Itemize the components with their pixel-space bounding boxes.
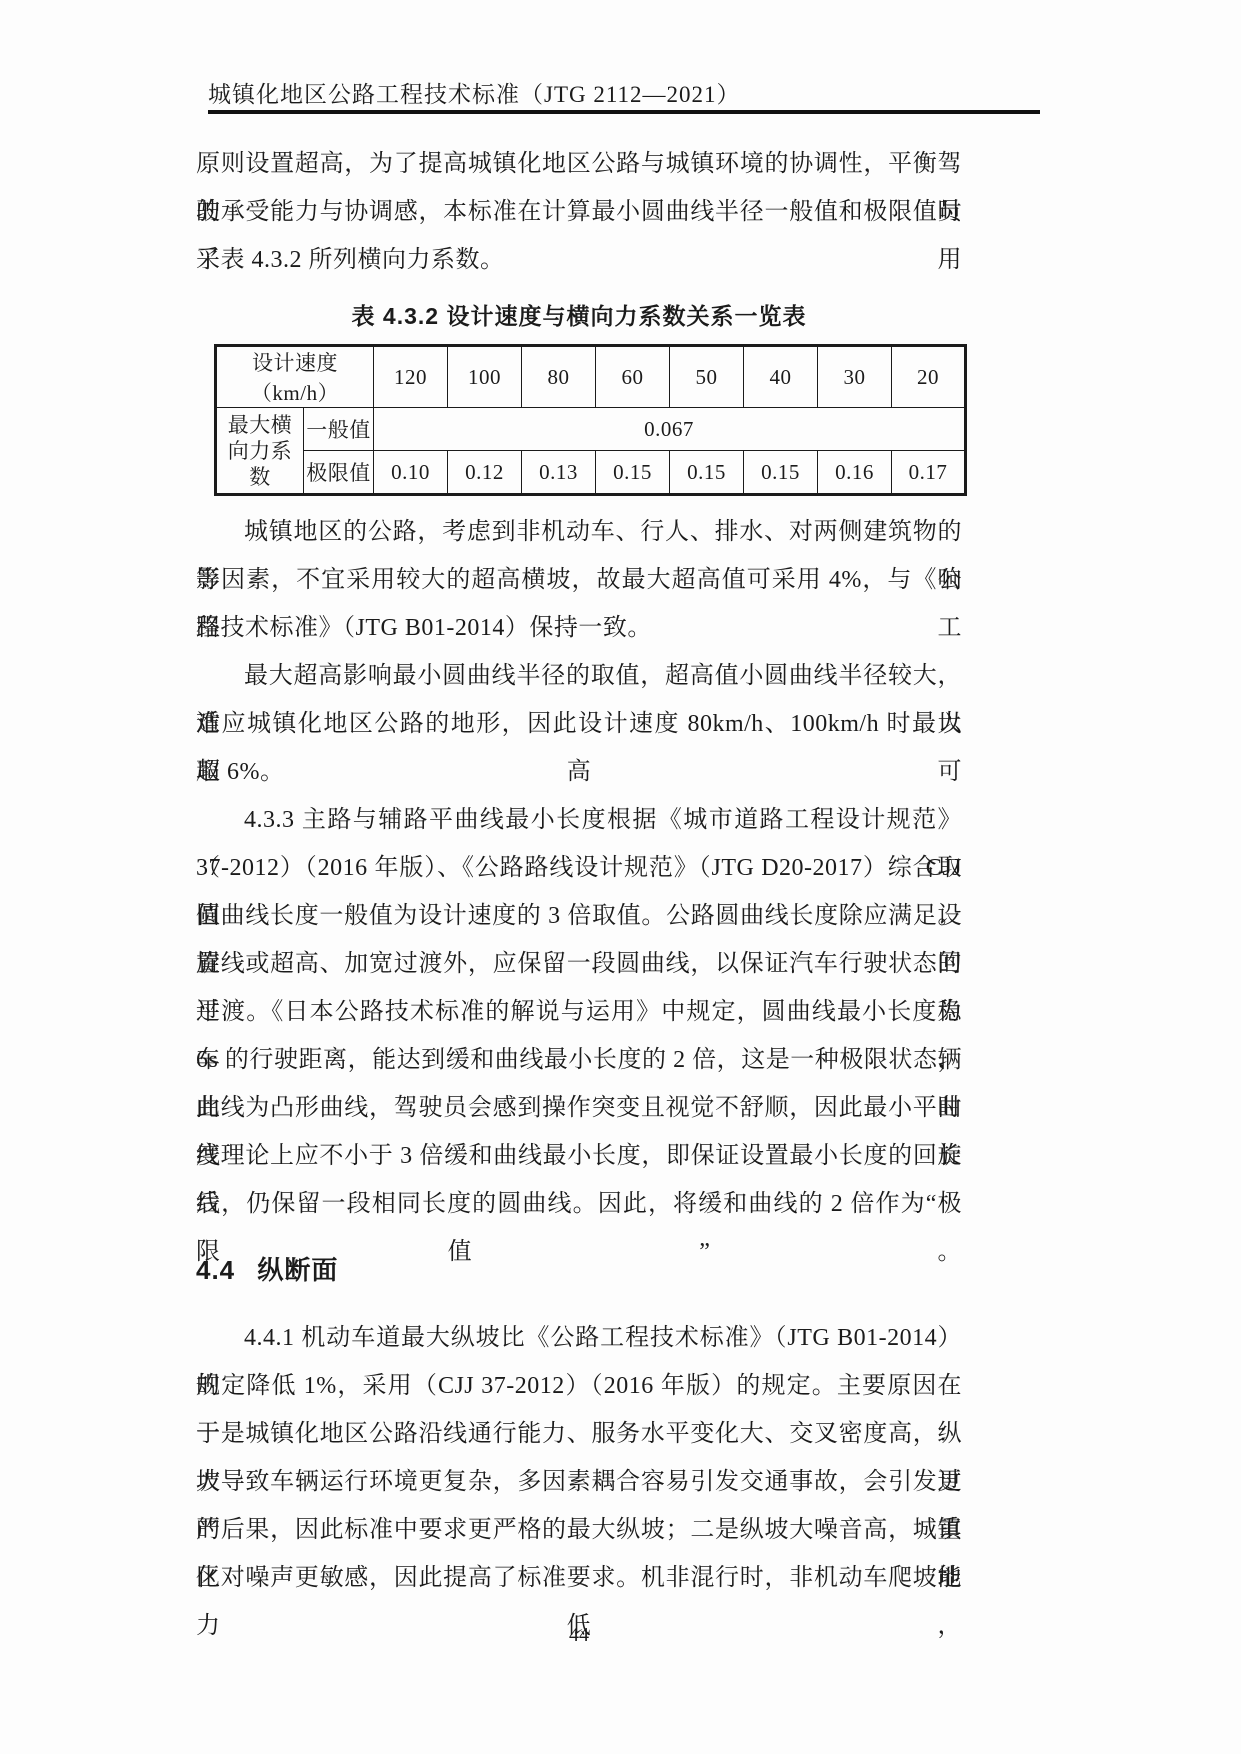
table-cell-speed: 20	[892, 346, 966, 408]
table-cell-row-label: 最大横向力系数	[216, 408, 304, 495]
text-line: 6s 的行驶距离，能达到缓和曲线最小长度的 2 倍，这是一种极限状态，此时	[196, 1036, 962, 1084]
text-line: 37-2012）（2016 年版）、《公路路线设计规范》（JTG D20-201…	[196, 844, 962, 892]
table-row: 设计速度（km/h） 120 100 80 60 50 40 30 20	[216, 346, 966, 408]
text-line: 的承受能力与协调感，本标准在计算最小圆曲线半径一般值和极限值时采用	[196, 188, 962, 236]
text-line: 区对噪声更敏感，因此提高了标准要求。机非混行时，非机动车爬坡能力低，	[196, 1554, 962, 1602]
text-line: 大导致车辆运行环境更复杂，多因素耦合容易引发交通事故，会引发更严重	[196, 1458, 962, 1506]
text-line: 城镇地区的公路，考虑到非机动车、行人、排水、对两侧建筑物的影响	[196, 508, 962, 556]
table-cell-speed: 30	[818, 346, 892, 408]
table-cell-speed-header: 设计速度（km/h）	[216, 346, 374, 408]
text-line: 后，仍保留一段相同长度的圆曲线。因此，将缓和曲线的 2 倍作为“极限值”。	[196, 1180, 962, 1228]
text-line: 曲线为凸形曲线，驾驶员会感到操作突变且视觉不舒顺，因此最小平曲线长	[196, 1084, 962, 1132]
header-rule-divider	[208, 110, 1040, 114]
text-line: 适应城镇化地区公路的地形，因此设计速度 80km/h、100km/h 时最大超高…	[196, 700, 962, 748]
table-cell-limit-value: 0.15	[596, 451, 670, 495]
document-page: 城镇化地区公路工程技术标准（JTG 2112—2021） 原则设置超高，为了提高…	[0, 0, 1241, 1754]
table-row: 极限值 0.10 0.12 0.13 0.15 0.15 0.15 0.16 0…	[216, 451, 966, 495]
text-line: 一是城镇化地区公路沿线通行能力、服务水平变化大、交叉密度高，纵坡过	[196, 1410, 962, 1458]
text-line: 过渡。《日本公路技术标准的解说与运用》中规定，圆曲线最小长度为车辆	[196, 988, 962, 1036]
page-footer: 44	[196, 1624, 962, 1647]
header-title: 城镇化地区公路工程技术标准（JTG 2112—2021）	[208, 76, 741, 109]
table-cell-limit-value: 0.16	[818, 451, 892, 495]
text-line: 旋线或超高、加宽过渡外，应保留一段圆曲线，以保证汽车行驶状态的平稳	[196, 940, 962, 988]
table-cell-speed: 80	[522, 346, 596, 408]
text-line: 度理论上应不小于 3 倍缓和曲线最小长度，即保证设置最小长度的回旋线	[196, 1132, 962, 1180]
table-cell-limit-value: 0.10	[374, 451, 448, 495]
page-body: 原则设置超高，为了提高城镇化地区公路与城镇环境的协调性，平衡驾驶员 的承受能力与…	[196, 140, 962, 1602]
coefficient-table: 设计速度（km/h） 120 100 80 60 50 40 30 20 最大横…	[214, 344, 967, 496]
table-cell-speed: 50	[670, 346, 744, 408]
table-row: 最大横向力系数 一般值 0.067	[216, 408, 966, 451]
text-line: 原则设置超高，为了提高城镇化地区公路与城镇环境的协调性，平衡驾驶员	[196, 140, 962, 188]
text-line: 等因素，不宜采用较大的超高横坡，故最大超高值可采用 4%，与《公路工	[196, 556, 962, 604]
text-line: 规定降低 1%，采用（CJJ 37-2012）（2016 年版）的规定。主要原因…	[196, 1362, 962, 1410]
table-cell-limit-value: 0.13	[522, 451, 596, 495]
page-number: 44	[569, 1624, 589, 1646]
text-line: 最大超高影响最小圆曲线半径的取值，超高值小圆曲线半径较大，难以	[196, 652, 962, 700]
table-cell-speed: 60	[596, 346, 670, 408]
text-line: 4.4.1 机动车道最大纵坡比《公路工程技术标准》（JTG B01-2014）的	[196, 1314, 962, 1362]
table-cell-limit-label: 极限值	[304, 451, 374, 495]
table-cell-general-label: 一般值	[304, 408, 374, 451]
table-caption: 表 4.3.2 设计速度与横向力系数关系一览表	[196, 300, 962, 332]
text-line: 4.3.3 主路与辅路平曲线最小长度根据《城市道路工程设计规范》（CJJ	[196, 796, 962, 844]
table-cell-limit-value: 0.12	[448, 451, 522, 495]
table-cell-speed: 120	[374, 346, 448, 408]
text-line: 的后果，因此标准中要求更严格的最大纵坡；二是纵坡大噪音高，城镇化地	[196, 1506, 962, 1554]
text-line: 圆曲线长度一般值为设计速度的 3 倍取值。公路圆曲线长度除应满足设置回	[196, 892, 962, 940]
table-cell-limit-value: 0.15	[744, 451, 818, 495]
table-cell-limit-value: 0.17	[892, 451, 966, 495]
table-cell-limit-value: 0.15	[670, 451, 744, 495]
table-cell-general-value: 0.067	[374, 408, 966, 451]
table-cell-speed: 100	[448, 346, 522, 408]
table-cell-speed: 40	[744, 346, 818, 408]
